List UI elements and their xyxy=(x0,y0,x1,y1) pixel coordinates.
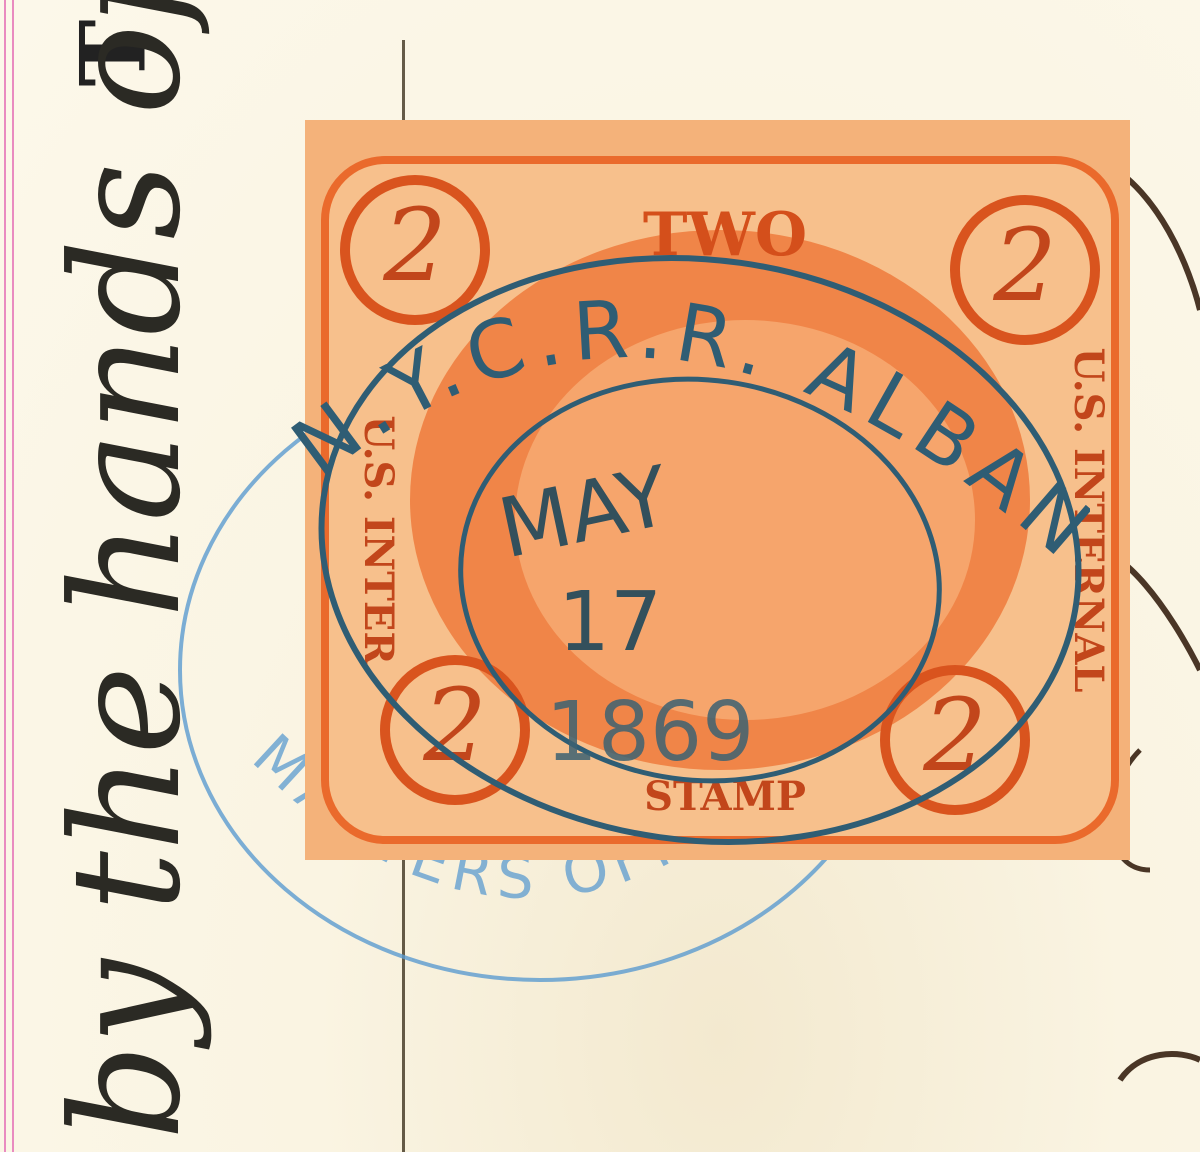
cancellation-day: 17 xyxy=(558,575,662,670)
svg-text:N.Y.C.R.R. ALBANY: N.Y.C.R.R. ALBANY xyxy=(260,220,1090,580)
cancellation-month: MAY xyxy=(491,449,678,578)
railroad-cancellation: N.Y.C.R.R. ALBANY MAY 17 1869 xyxy=(260,220,1090,860)
cancellation-year: 1869 xyxy=(546,685,755,780)
margin-rule xyxy=(4,0,14,1152)
cancellation-outer-text: N.Y.C.R.R. ALBANY xyxy=(260,220,1090,580)
